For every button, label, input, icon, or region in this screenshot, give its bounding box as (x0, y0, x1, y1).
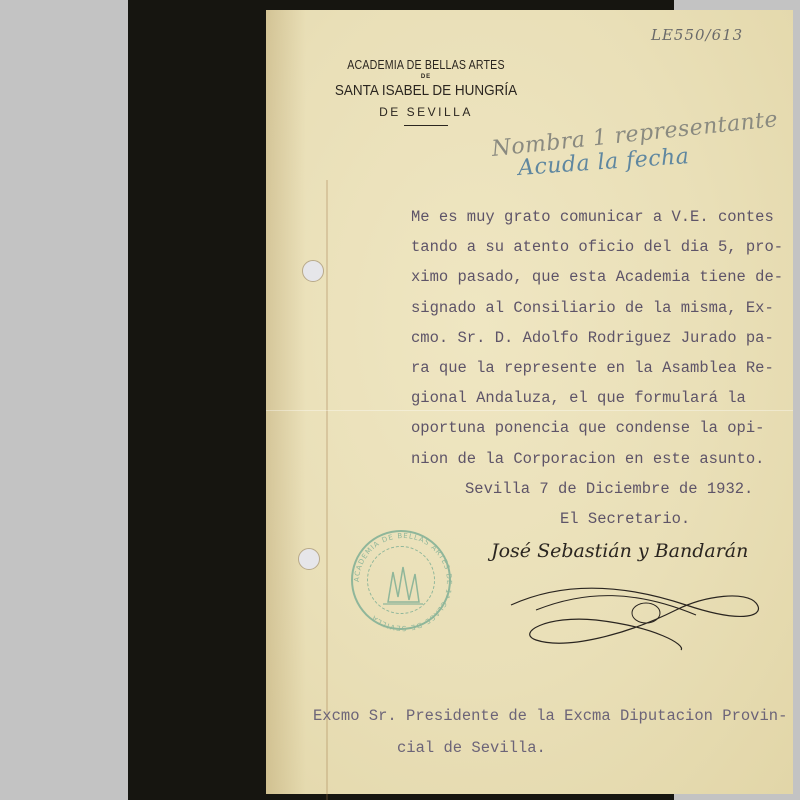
letterhead-rule (404, 125, 448, 126)
closing-line: El Secretario. (560, 510, 690, 528)
body-line: nion de la Corporacion en este asunto. (411, 444, 791, 474)
body-line: signado al Consiliario de la misma, Ex- (411, 293, 791, 323)
punch-hole-top (302, 260, 324, 282)
svg-text:ACADEMIA DE BELLAS ARTES DE 1ª: ACADEMIA DE BELLAS ARTES DE 1ª CLASE DE … (353, 532, 453, 632)
addressee: Excmo Sr. Presidente de la Excma Diputac… (313, 700, 787, 764)
archive-reference: LE550/613 (651, 26, 743, 44)
addressee-line-1: Excmo Sr. Presidente de la Excma Diputac… (313, 700, 787, 732)
body-line: oportuna ponencia que condense la opi- (411, 413, 791, 443)
secretary-signature: José Sebastián y Bandarán (491, 540, 748, 562)
addressee-line-2: cial de Sevilla. (313, 732, 787, 764)
scan-frame: ACADEMIA DE BELLAS ARTES DE SANTA ISABEL… (128, 0, 674, 800)
signature-flourish-icon (506, 575, 776, 655)
letterhead: ACADEMIA DE BELLAS ARTES DE SANTA ISABEL… (306, 58, 546, 126)
letterhead-line-4: DE SEVILLA (306, 105, 546, 119)
body-line: ximo pasado, que esta Academia tiene de- (411, 262, 791, 292)
body-line: tando a su atento oficio del dia 5, pro- (411, 232, 791, 262)
date-line: Sevilla 7 de Diciembre de 1932. (465, 480, 753, 498)
punch-hole-bottom (298, 548, 320, 570)
letterhead-line-2: DE (306, 74, 546, 80)
seal-emblem-icon: ACADEMIA DE BELLAS ARTES DE 1ª CLASE DE … (343, 522, 463, 642)
document-page: ACADEMIA DE BELLAS ARTES DE SANTA ISABEL… (266, 10, 793, 794)
body-line: gional Andaluza, el que formulará la (411, 383, 791, 413)
body-line: ra que la represente en la Asamblea Re- (411, 353, 791, 383)
edge-stain (266, 10, 306, 794)
body-line: cmo. Sr. D. Adolfo Rodriguez Jurado pa- (411, 323, 791, 353)
letterhead-line-1: ACADEMIA DE BELLAS ARTES (324, 58, 528, 72)
letterhead-line-3: SANTA ISABEL DE HUNGRÍA (318, 82, 534, 99)
academy-seal-stamp: ACADEMIA DE BELLAS ARTES DE 1ª CLASE DE … (351, 530, 451, 630)
body-line: Me es muy grato comunicar a V.E. contes (411, 202, 791, 232)
letter-body: Me es muy grato comunicar a V.E. contest… (411, 202, 791, 474)
